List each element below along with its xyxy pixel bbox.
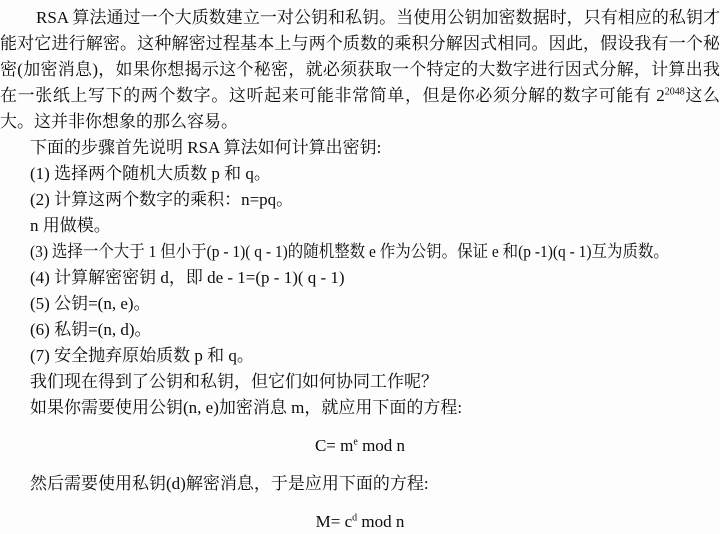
step-6: (6) 私钥=(n, d)。 [30, 317, 720, 343]
decrypt-equation-base: M= c [316, 512, 353, 531]
intro-paragraph: RSA 算法通过一个大质数建立一对公钥和私钥。当使用公钥加密数据时，只有相应的私… [0, 5, 720, 135]
page: RSA 算法通过一个大质数建立一对公钥和私钥。当使用公钥加密数据时，只有相应的私… [0, 0, 720, 534]
encrypt-equation-suffix: mod n [358, 436, 405, 455]
step-7: (7) 安全抛弃原始质数 p 和 q。 [30, 343, 720, 369]
step-4: (4) 计算解密密钥 d，即 de - 1=(p - 1)( q - 1) [30, 265, 720, 291]
exponent-2048: 2048 [665, 86, 685, 97]
step-2: (2) 计算这两个数字的乘积：n=pq。 [30, 187, 720, 213]
decrypt-equation: M= cd mod n [0, 509, 720, 534]
step-5: (5) 公钥=(n, e)。 [30, 291, 720, 317]
step-3: (3) 选择一个大于 1 但小于(p - 1)( q - 1)的随机整数 e 作… [30, 239, 658, 265]
encrypt-equation: C= me mod n [0, 433, 720, 459]
modulus-note: n 用做模。 [30, 213, 720, 239]
intro-text-before: RSA 算法通过一个大质数建立一对公钥和私钥。当使用公钥加密数据时，只有相应的私… [0, 8, 720, 105]
transition-line: 我们现在得到了公钥和私钥，但它们如何协同工作呢？ [30, 369, 720, 395]
decrypt-intro: 然后需要使用私钥(d)解密消息，于是应用下面的方程: [30, 471, 720, 497]
decrypt-equation-suffix: mod n [357, 512, 404, 531]
step-1: (1) 选择两个随机大质数 p 和 q。 [30, 161, 720, 187]
encrypt-equation-base: C= m [315, 436, 353, 455]
steps-heading: 下面的步骤首先说明 RSA 算法如何计算出密钥: [30, 135, 720, 161]
encrypt-intro: 如果你需要使用公钥(n, e)加密消息 m，就应用下面的方程: [30, 395, 720, 421]
